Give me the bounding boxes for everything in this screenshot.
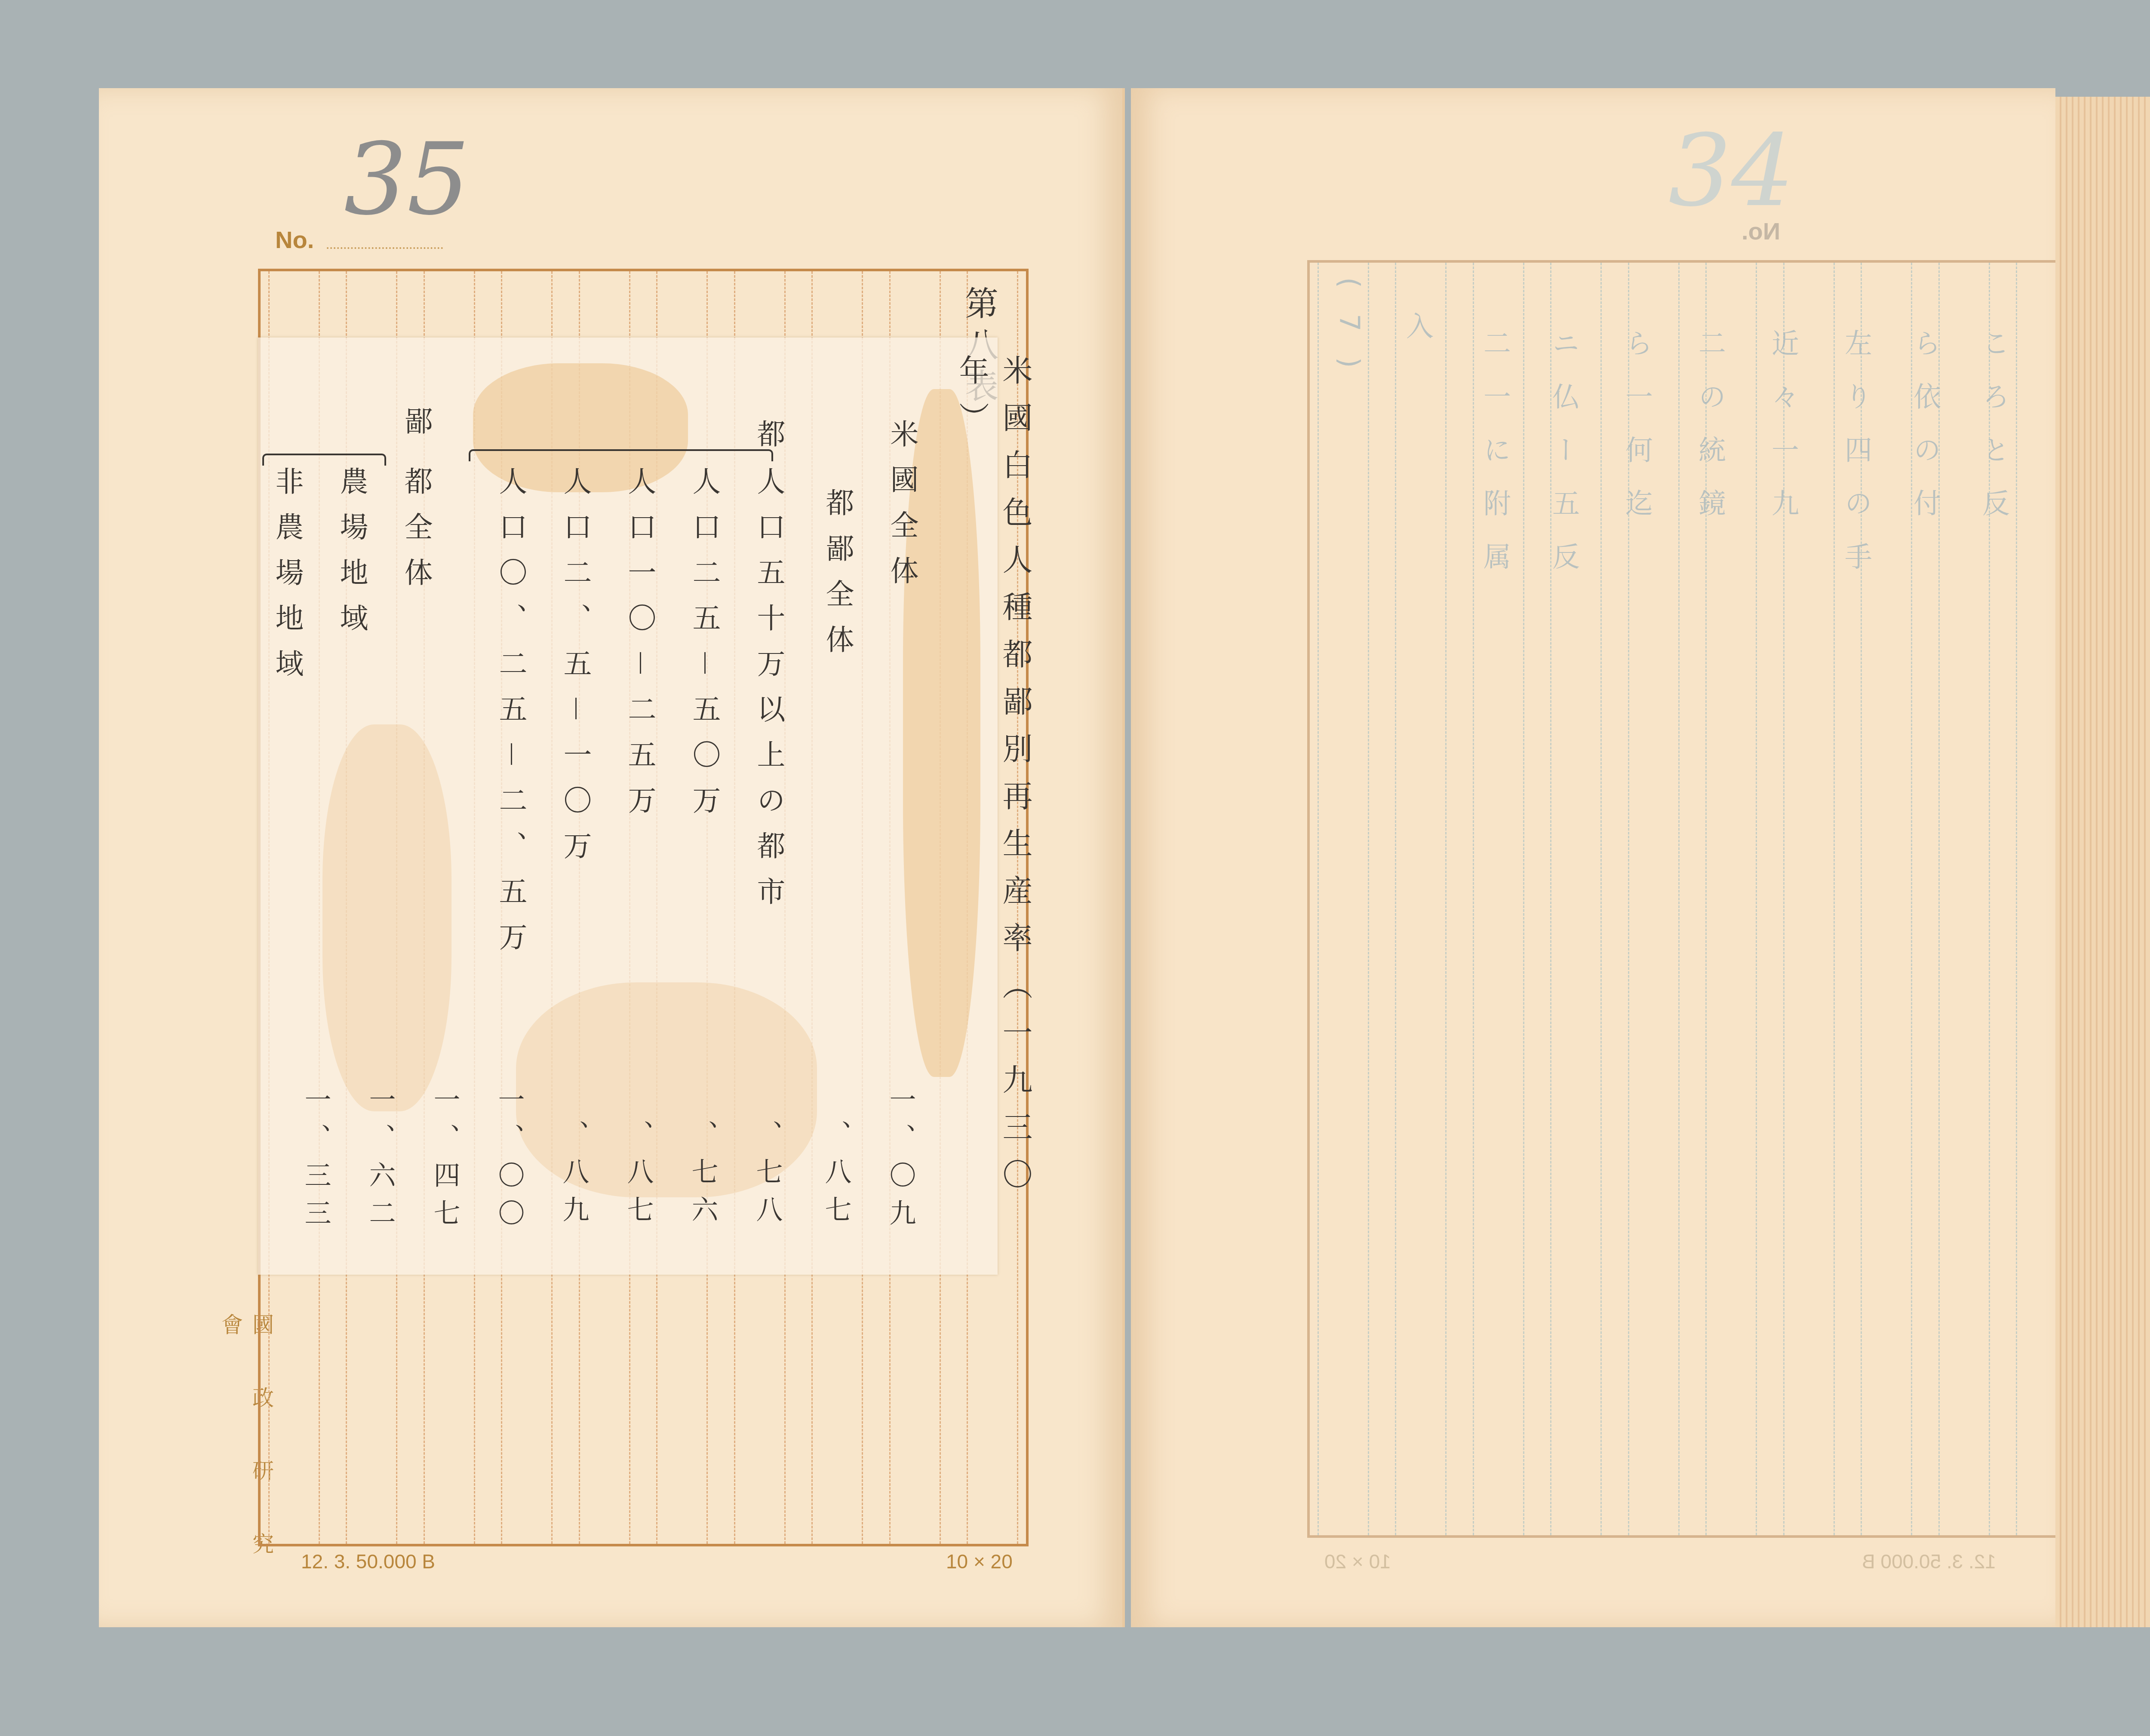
bleed-column-3: 二一に附属	[1475, 329, 1514, 595]
rural-brace	[262, 454, 386, 466]
right-page: No. 34 (7) 入 二一に附属 ニ仏ー五反 ら一何迄 二の統鏡 近々一九 …	[1131, 88, 2055, 1627]
bleed-column-8: 左り四の手	[1836, 329, 1876, 595]
bleed-column-10: ころと反	[1974, 329, 2013, 542]
value-farm: 一、六二	[361, 1086, 399, 1237]
footer-grid-size: 10 × 20	[946, 1550, 1013, 1573]
value-usa-total: 一、〇九	[881, 1086, 920, 1237]
left-page: No. 35 國政研究會 第八表 米國白色人種都鄙別再生産率（一九三〇年） 都 …	[99, 88, 1125, 1627]
footer-print-code: 12. 3. 50.000 B	[301, 1550, 435, 1573]
bleed-column-9: ら依の付	[1905, 329, 1944, 542]
col-label-usa-total: 米國全体	[881, 419, 922, 601]
value-rural-total: 一、四七	[426, 1086, 464, 1237]
value-city-2.5-25k: 一、〇〇	[490, 1086, 528, 1237]
bleed-column-6: 二の統鏡	[1690, 329, 1729, 542]
page-number-faint: 34	[1668, 114, 1794, 229]
value-urban-rural-total: 、八七	[817, 1120, 855, 1233]
col-label-city-25-100k: 人口二、五－一〇万	[555, 466, 596, 877]
page-edges	[2055, 97, 2150, 1627]
page-number-label: No.	[275, 226, 314, 254]
open-notebook: No. 35 國政研究會 第八表 米國白色人種都鄙別再生産率（一九三〇年） 都 …	[99, 88, 2150, 1627]
bleed-column-1: (7)	[1333, 277, 1365, 394]
col-label-city-100-250k: 人口一〇－二五万	[619, 466, 660, 831]
col-label-city-500k: 人口五十万以上の都市	[748, 466, 789, 922]
city-brace	[469, 449, 773, 461]
page-number-dotted-line	[327, 247, 443, 249]
bleed-column-4: ニ仏ー五反	[1544, 329, 1583, 595]
bleed-column-7: 近々一九	[1763, 329, 1803, 542]
bleed-column-2: 入	[1397, 312, 1437, 365]
col-label-rural-total: 都全体	[396, 466, 436, 603]
table-title: 米國白色人種都鄙別再生産率（一九三〇年）	[950, 355, 1037, 1275]
pasted-tissue-slip: 米國白色人種都鄙別再生産率（一九三〇年） 都 鄙 米國全体 都鄙全体 人口五十万…	[258, 337, 998, 1275]
value-nonfarm: 一、三三	[297, 1086, 335, 1237]
group-header-rural: 鄙	[396, 406, 436, 452]
col-label-farm: 農場地域	[331, 466, 372, 649]
page-number-handwritten: 35	[344, 123, 470, 237]
value-city-100-250k: 、八七	[619, 1120, 657, 1233]
value-city-500k: 、七八	[748, 1120, 786, 1233]
col-label-city-250-500k: 人口二五－五〇万	[684, 466, 725, 831]
value-city-25-100k: 、八九	[555, 1120, 593, 1233]
col-label-urban-rural-total: 都鄙全体	[817, 488, 858, 670]
value-city-250-500k: 、七六	[684, 1120, 722, 1233]
col-label-nonfarm: 非農場地域	[267, 466, 307, 694]
col-label-city-2.5-25k: 人口〇、二五－二、五万	[490, 466, 531, 968]
footer-grid-size-mirrored: 10 × 20	[1324, 1550, 1391, 1573]
footer-print-code-mirrored: 12. 3. 50.000 B	[1862, 1550, 1996, 1573]
bleed-column-5: ら一何迄	[1617, 329, 1656, 542]
